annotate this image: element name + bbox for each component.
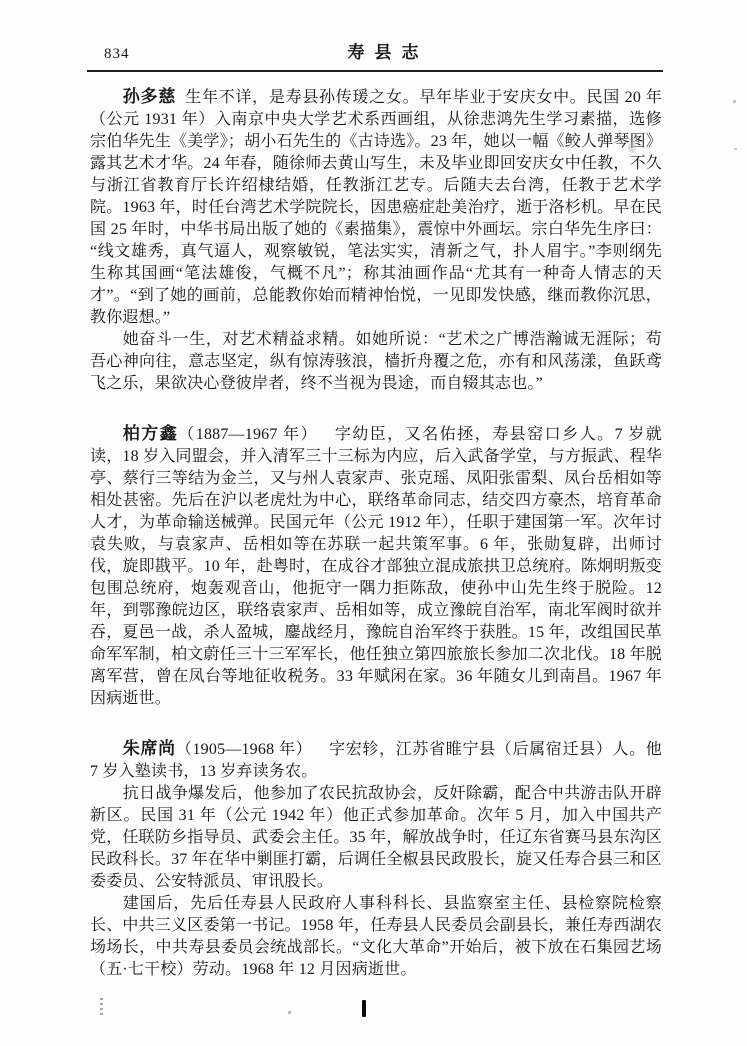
biography-paragraph: 她奋斗一生，对艺术精益求精。如她所说：“艺术之广博浩瀚诚无涯际；苟吾心神向往，意… [90,329,662,395]
scan-smudge [628,142,636,153]
book-page: 834 寿县志 孙多慈生年不详，是寿县孙传瑗之女。早年毕业于安庆女中。民国 20… [0,0,747,1046]
biography-paragraph: 抗日战争爆发后，他参加了农民抗敌协会，反奸除霸，配合中共游击队开辟新区。民国 3… [90,783,662,893]
scan-speck [111,963,115,968]
person-name: 朱席尚 [123,739,176,758]
book-title: 寿县志 [194,38,572,63]
biography-text: 字幼臣，又名佑拯，寿县窑口乡人。7 岁就读，18 岁入同盟会，并入清军三十三标为… [90,426,662,707]
page-number: 834 [90,46,194,63]
biography-paragraph: 建国后，先后任寿县人民政府人事科科长、县监察室主任、县检察院检察长、中共三义区委… [90,893,662,981]
ink-mark [362,1000,366,1017]
biography-section: 孙多慈生年不详，是寿县孙传瑗之女。早年毕业于安庆女中。民国 20 年（公元 19… [90,86,662,395]
scan-smudge [100,998,103,1018]
biography-lead-paragraph: 朱席尚（1905—1968 年）字宏轸，江苏省睢宁县（后属宿迁县）人。他 7 岁… [90,738,662,783]
person-dates: （1887—1967 年） [178,426,318,443]
page-body: 孙多慈生年不详，是寿县孙传瑗之女。早年毕业于安庆女中。民国 20 年（公元 19… [90,86,662,981]
person-name: 柏方鑫 [123,424,178,443]
biography-section: 柏方鑫（1887—1967 年）字幼臣，又名佑拯，寿县窑口乡人。7 岁就读，18… [90,423,662,710]
biography-lead-paragraph: 柏方鑫（1887—1967 年）字幼臣，又名佑拯，寿县窑口乡人。7 岁就读，18… [90,423,662,710]
scan-speck [734,148,737,150]
scan-speck [733,100,736,103]
scan-speck [288,1011,291,1014]
person-name: 孙多慈 [123,87,176,106]
biography-text: 生年不详，是寿县孙传瑗之女。早年毕业于安庆女中。民国 20 年（公元 1931 … [90,89,662,326]
biography-lead-paragraph: 孙多慈生年不详，是寿县孙传瑗之女。早年毕业于安庆女中。民国 20 年（公元 19… [90,86,662,329]
person-dates: （1905—1968 年） [176,741,312,758]
header-rule [87,70,663,72]
page-header: 834 寿县志 [90,38,662,64]
biography-section: 朱席尚（1905—1968 年）字宏轸，江苏省睢宁县（后属宿迁县）人。他 7 岁… [90,738,662,981]
